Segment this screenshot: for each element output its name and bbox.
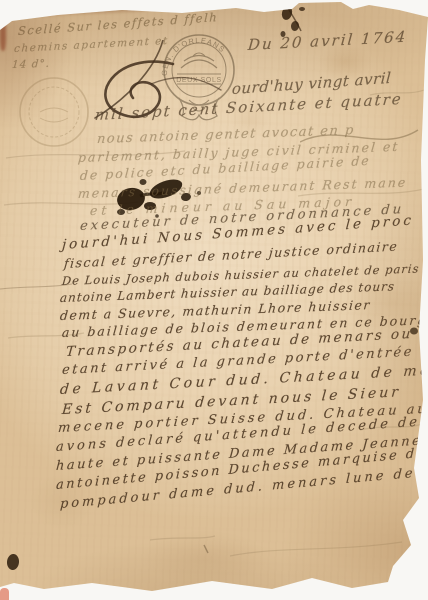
control-stamp-icon: [12, 72, 96, 156]
scanned-document: GEN. D'ORLEANS DEUX SOLS: [0, 0, 428, 600]
annotation-line: chemins apartement et: [14, 35, 169, 55]
stamp-band-text: DEUX SOLS: [176, 77, 221, 84]
paper-burn-edge-left: [0, 19, 6, 51]
annotation-line: Scellé Sur les effets d ffelh: [18, 10, 219, 38]
stamp-arc-text: GEN. D'ORLEANS: [160, 36, 227, 76]
manuscript-paper: GEN. D'ORLEANS DEUX SOLS: [0, 0, 428, 600]
annotation-line: 14 d°.: [12, 58, 51, 71]
date-line: Du 20 avril 1764: [247, 28, 408, 54]
underlying-sheet-edge: [0, 588, 9, 600]
